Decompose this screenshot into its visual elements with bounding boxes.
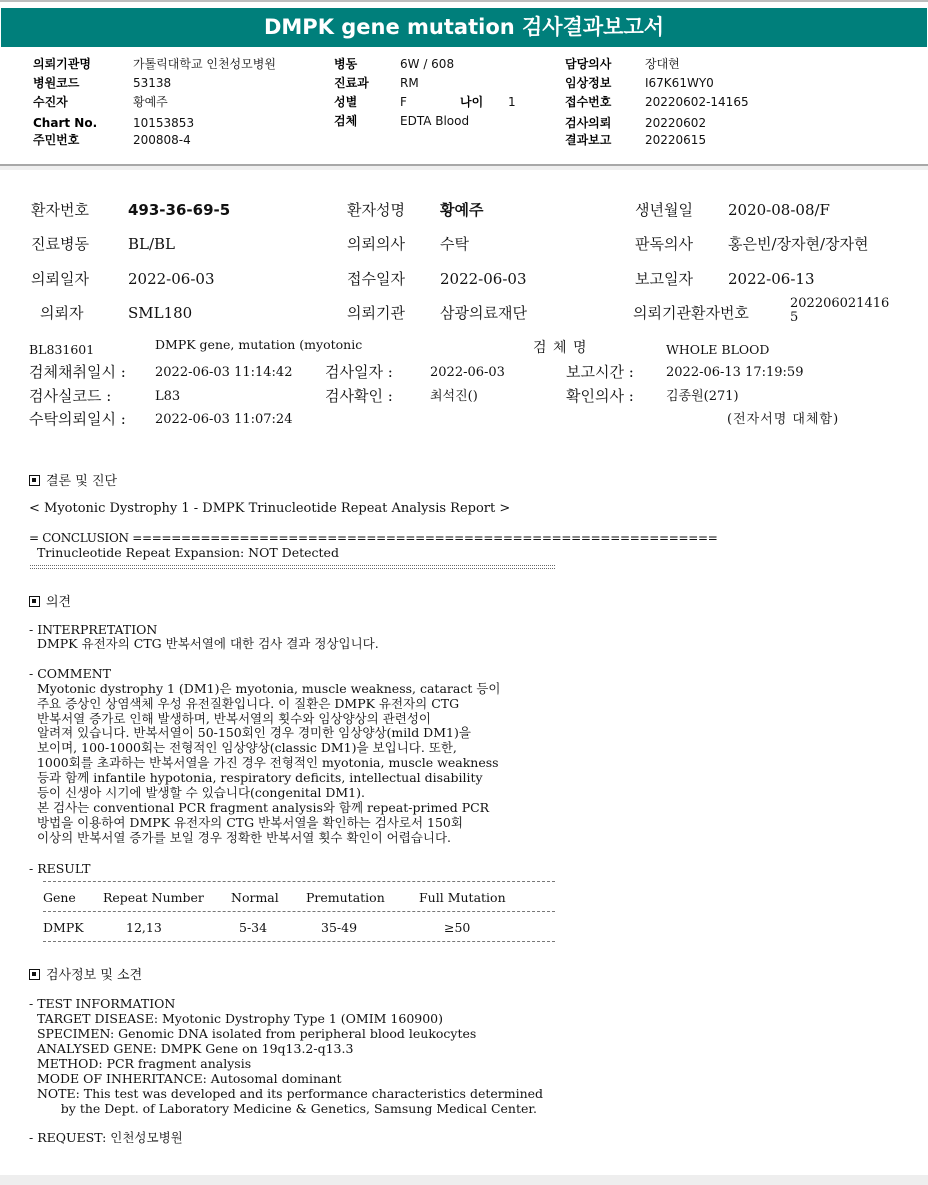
- comment-line: 등이 신생아 시기에 발생할 수 있습니다(congenital DM1).: [29, 785, 365, 800]
- patient-value: 2022-06-13: [728, 270, 814, 288]
- test-code: BL831601: [29, 342, 94, 357]
- conclusion-text: Trinucleotide Repeat Expansion: NOT Dete…: [29, 545, 339, 560]
- header-label: 병동: [334, 57, 357, 71]
- comment-line: 1000회를 초과하는 반복서열을 가진 경우 전형적인 myotonia, m…: [29, 755, 499, 770]
- section-testinfo-title: 검사정보 및 소견: [29, 964, 142, 983]
- reporttime-label: 보고시간 :: [566, 363, 634, 381]
- collect-value: 2022-06-03 11:14:42: [155, 365, 292, 380]
- result-rule-top: [43, 881, 555, 882]
- patient-label: 접수일자: [347, 270, 405, 288]
- patient-label: 진료병동: [31, 235, 89, 253]
- header-value: RM: [400, 76, 419, 90]
- comment-line: 알려져 있습니다. 반복서열이 50-150회인 경우 경미한 임상양상(mil…: [29, 725, 471, 740]
- confirm-label: 검사확인 :: [325, 387, 393, 405]
- comment-head: - COMMENT: [29, 666, 111, 681]
- section-title-text: 검사정보 및 소견: [46, 968, 142, 983]
- square-bullet-icon: [29, 475, 40, 486]
- result-col-header: Full Mutation: [419, 890, 506, 905]
- header-label: 결과보고: [565, 133, 611, 147]
- header-value: 황예주: [133, 95, 168, 109]
- patient-value: 삼광의료재단: [440, 304, 527, 322]
- patient-label: 의뢰기관환자번호: [633, 304, 749, 322]
- header-value: 가톨릭대학교 인천성모병원: [133, 57, 276, 71]
- patient-label: 의뢰일자: [31, 270, 89, 288]
- section-opinion-title: 의견: [29, 591, 71, 610]
- doctor-label: 확인의사 :: [566, 387, 634, 405]
- patient-value: 홍은빈/장자현/장자현: [728, 235, 869, 253]
- patient-value: 2022-06-03: [440, 270, 526, 288]
- testinfo-head: - TEST INFORMATION: [29, 996, 175, 1011]
- confirm-value: 최석진(): [430, 389, 478, 404]
- header-value: 20220615: [645, 133, 706, 147]
- header-label: 검사의뢰: [565, 116, 611, 130]
- testdate-label: 검사일자 :: [325, 363, 393, 381]
- testinfo-line: TARGET DISEASE: Myotonic Dystrophy Type …: [29, 1011, 443, 1026]
- header-value: 10153853: [133, 116, 194, 130]
- patient-value: BL/BL: [128, 235, 175, 253]
- result-rule-bottom: [43, 941, 555, 942]
- square-bullet-icon: [29, 969, 40, 980]
- comment-line: 주요 증상인 상염색체 우성 유전질환입니다. 이 질환은 DMPK 유전자의 …: [29, 696, 459, 711]
- patient-label: 의뢰의사: [347, 235, 405, 253]
- patient-value: 2022-06-03: [128, 270, 214, 288]
- header-label: 수진자: [33, 95, 68, 109]
- patient-label: 의뢰기관: [347, 304, 405, 322]
- result-head: - RESULT: [29, 861, 90, 876]
- patient-value-wrap: 5: [790, 311, 798, 325]
- square-bullet-icon: [29, 596, 40, 607]
- header-value: 200808-4: [133, 133, 191, 147]
- interpretation-head: - INTERPRETATION: [29, 622, 157, 637]
- section-conclusion-title: 결론 및 진단: [29, 470, 117, 489]
- header-label: 병원코드: [33, 76, 79, 90]
- request-label: 수탁의뢰일시 :: [29, 410, 126, 428]
- result-rule-mid: [43, 911, 555, 912]
- conclusion-rule: [30, 565, 555, 569]
- header-label: 주민번호: [33, 133, 79, 147]
- comment-line: 본 검사는 conventional PCR fragment analysis…: [29, 800, 489, 815]
- comment-line: 반복서열 증가로 인해 발생하며, 반복서열의 횟수와 임상양상의 관련성이: [29, 711, 431, 726]
- comment-line: 방법을 이용하여 DMPK 유전자의 CTG 반복서열을 확인하는 검사로서 1…: [29, 815, 463, 830]
- lab-value: L83: [155, 389, 180, 404]
- header-value: 20220602: [645, 116, 706, 130]
- patient-value: 202206021416: [790, 297, 889, 311]
- result-cell-premutation: 35-49: [321, 920, 357, 935]
- report-title-banner: DMPK gene mutation 검사결과보고서: [1, 8, 927, 47]
- patient-value: 수탁: [440, 235, 469, 253]
- result-cell-full-mutation: ≥50: [444, 920, 470, 935]
- testinfo-line: NOTE: This test was developed and its pe…: [29, 1086, 543, 1101]
- esign-note: (전자서명 대체함): [727, 412, 839, 427]
- testdate-value: 2022-06-03: [430, 365, 505, 380]
- result-cell-normal: 5-34: [239, 920, 267, 935]
- header-value-age: 1: [508, 95, 516, 109]
- header-label: 진료과: [334, 76, 369, 90]
- test-name: DMPK gene, mutation (myotonic: [155, 337, 362, 352]
- lab-label: 검사실코드 :: [29, 387, 111, 405]
- specimen-value: WHOLE BLOOD: [666, 342, 769, 357]
- result-col-header: Normal: [231, 890, 279, 905]
- result-col-header: Gene: [43, 890, 76, 905]
- collect-label: 검체채취일시 :: [29, 363, 126, 381]
- header-value: 53138: [133, 76, 171, 90]
- result-col-header: Premutation: [306, 890, 385, 905]
- patient-label: 판독의사: [635, 235, 693, 253]
- header-label: 접수번호: [565, 95, 611, 109]
- section-title-text: 결론 및 진단: [46, 474, 117, 489]
- testinfo-line: MODE OF INHERITANCE: Autosomal dominant: [29, 1071, 342, 1086]
- header-value: 장대현: [645, 57, 680, 71]
- testinfo-line: METHOD: PCR fragment analysis: [29, 1056, 251, 1071]
- testinfo-line: ANALYSED GENE: DMPK Gene on 19q13.2-q13.…: [29, 1041, 353, 1056]
- header-label: 담당의사: [565, 57, 611, 71]
- result-col-header: Repeat Number: [103, 890, 204, 905]
- header-label: 의뢰기관명: [33, 57, 91, 71]
- reporttime-value: 2022-06-13 17:19:59: [666, 365, 803, 380]
- request-line: - REQUEST: 인천성모병원: [29, 1130, 183, 1145]
- footer-band: [0, 1175, 928, 1185]
- testinfo-line: by the Dept. of Laboratory Medicine & Ge…: [29, 1101, 537, 1116]
- doctor-value: 김종원(271): [666, 389, 739, 404]
- result-cell-repeat: 12,13: [126, 920, 162, 935]
- request-value: 2022-06-03 11:07:24: [155, 412, 292, 427]
- testinfo-line: SPECIMEN: Genomic DNA isolated from peri…: [29, 1026, 476, 1041]
- comment-line: 보이며, 100-1000회는 전형적인 임상양상(classic DM1)을 …: [29, 740, 457, 755]
- patient-label: 보고일자: [635, 270, 693, 288]
- header-value: I67K61WY0: [645, 76, 714, 90]
- patient-name: 황예주: [440, 201, 483, 219]
- patient-id: 493-36-69-5: [128, 201, 230, 219]
- report-subtitle: < Myotonic Dystrophy 1 - DMPK Trinucleot…: [29, 501, 510, 516]
- result-cell-gene: DMPK: [43, 920, 84, 935]
- header-label: 성별: [334, 95, 357, 109]
- header-label-age: 나이: [460, 95, 483, 109]
- header-value: 20220602-14165: [645, 95, 749, 109]
- patient-value: SML180: [128, 304, 192, 322]
- interpretation-text: DMPK 유전자의 CTG 반복서열에 대한 검사 결과 정상입니다.: [29, 636, 379, 651]
- header-label: 임상정보: [565, 76, 611, 90]
- patient-birthdate: 2020-08-08/F: [728, 201, 830, 219]
- patient-label: 환자성명: [347, 201, 405, 219]
- header-divider-band: [0, 166, 928, 170]
- conclusion-head: = CONCLUSION ===========================…: [29, 531, 718, 546]
- comment-line: 이상의 반복서열 증가를 보일 경우 정확한 반복서열 횟수 확인이 어렵습니다…: [29, 830, 451, 845]
- header-value: 6W / 608: [400, 57, 454, 71]
- specimen-label: 검 체 명: [533, 339, 587, 357]
- header-label: Chart No.: [33, 116, 97, 130]
- comment-line: Myotonic dystrophy 1 (DM1)은 myotonia, mu…: [29, 681, 500, 696]
- header-value: F: [400, 95, 407, 109]
- header-value: EDTA Blood: [400, 114, 469, 128]
- patient-label: 의뢰자: [40, 304, 83, 322]
- header-label: 검체: [334, 114, 357, 128]
- patient-label: 환자번호: [31, 201, 89, 219]
- patient-label: 생년월일: [635, 201, 693, 219]
- comment-line: 등과 함께 infantile hypotonia, respiratory d…: [29, 770, 483, 785]
- top-rule: [0, 0, 928, 2]
- section-title-text: 의견: [46, 595, 71, 610]
